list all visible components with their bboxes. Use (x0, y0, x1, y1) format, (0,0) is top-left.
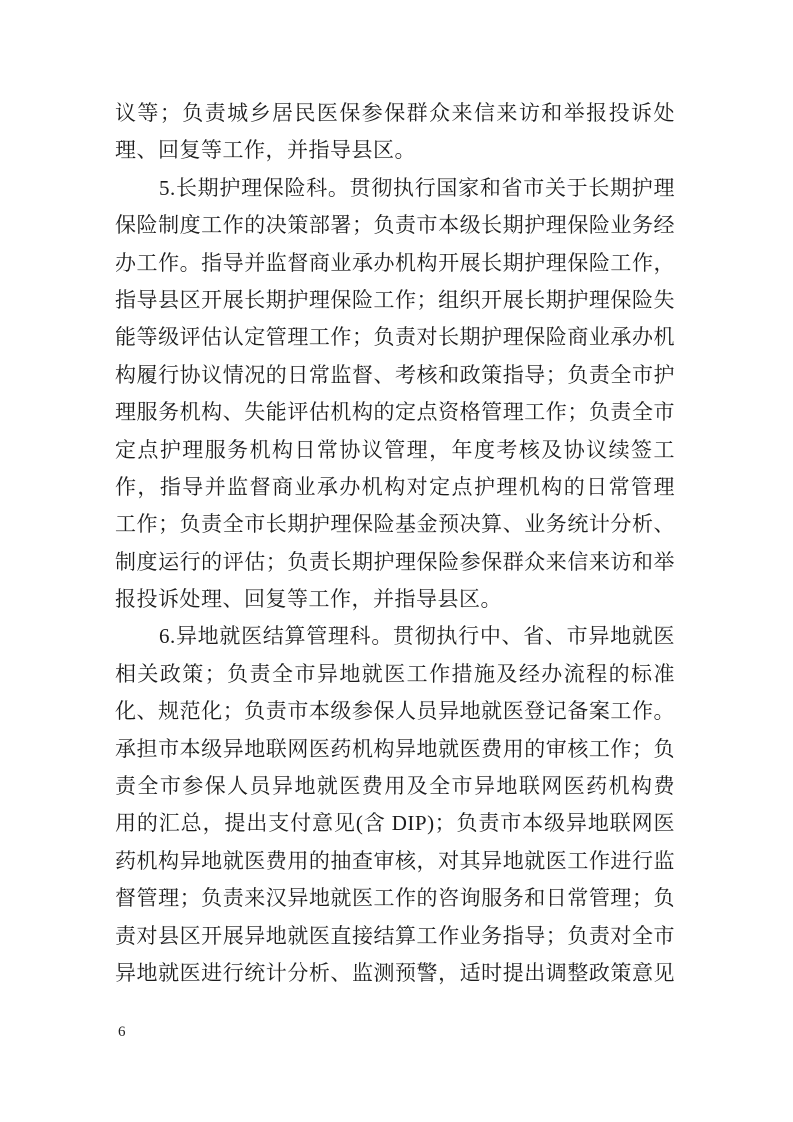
text-line: 责全市参保人员异地就医费用及全市异地联网医药机构费 (115, 768, 675, 805)
text-line paragraph-end: 理、回复等工作，并指导县区。 (115, 132, 675, 169)
text-line: 理服务机构、失能评估机构的定点资格管理工作；负责全市 (115, 394, 675, 431)
text-line: 构履行协议情况的日常监督、考核和政策指导；负责全市护 (115, 357, 675, 394)
text-line: 药机构异地就医费用的抽查审核，对其异地就医工作进行监 (115, 843, 675, 880)
document-body: 议等；负责城乡居民医保参保群众来信来访和举报投诉处 理、回复等工作，并指导县区。… (115, 95, 675, 992)
text-line: 工作；负责全市长期护理保险基金预决算、业务统计分析、 (115, 506, 675, 543)
text-line: 定点护理服务机构日常协议管理，年度考核及协议续签工 (115, 432, 675, 469)
text-line: 相关政策；负责全市异地就医工作措施及经办流程的标准 (115, 656, 675, 693)
text-line: 办工作。指导并监督商业承办机构开展长期护理保险工作， (115, 245, 675, 282)
text-line paragraph-end: 报投诉处理、回复等工作，并指导县区。 (115, 581, 675, 618)
document-page: 议等；负责城乡居民医保参保群众来信来访和举报投诉处 理、回复等工作，并指导县区。… (0, 0, 793, 1122)
text-line: 议等；负责城乡居民医保参保群众来信来访和举报投诉处 (115, 95, 675, 132)
text-line paragraph-start-item-6: 6.异地就医结算管理科。贯彻执行中、省、市异地就医 (115, 618, 675, 655)
text-line: 制度运行的评估；负责长期护理保险参保群众来信来访和举 (115, 544, 675, 581)
text-line: 指导县区开展长期护理保险工作；组织开展长期护理保险失 (115, 282, 675, 319)
text-line: 化、规范化；负责市本级参保人员异地就医登记备案工作。 (115, 693, 675, 730)
text-line: 承担市本级异地联网医药机构异地就医费用的审核工作；负 (115, 731, 675, 768)
text-line: 用的汇总，提出支付意见(含 DIP)；负责市本级异地联网医 (115, 805, 675, 842)
text-line paragraph-start-item-5: 5.长期护理保险科。贯彻执行国家和省市关于长期护理 (115, 170, 675, 207)
text-line: 责对县区开展异地就医直接结算工作业务指导；负责对全市 (115, 918, 675, 955)
page-number: 6 (118, 1024, 126, 1041)
text-line: 保险制度工作的决策部署；负责市本级长期护理保险业务经 (115, 207, 675, 244)
text-line: 异地就医进行统计分析、监测预警，适时提出调整政策意见 (115, 955, 675, 992)
text-line: 作，指导并监督商业承办机构对定点护理机构的日常管理 (115, 469, 675, 506)
text-line: 督管理；负责来汉异地就医工作的咨询服务和日常管理；负 (115, 880, 675, 917)
text-line: 能等级评估认定管理工作；负责对长期护理保险商业承办机 (115, 319, 675, 356)
